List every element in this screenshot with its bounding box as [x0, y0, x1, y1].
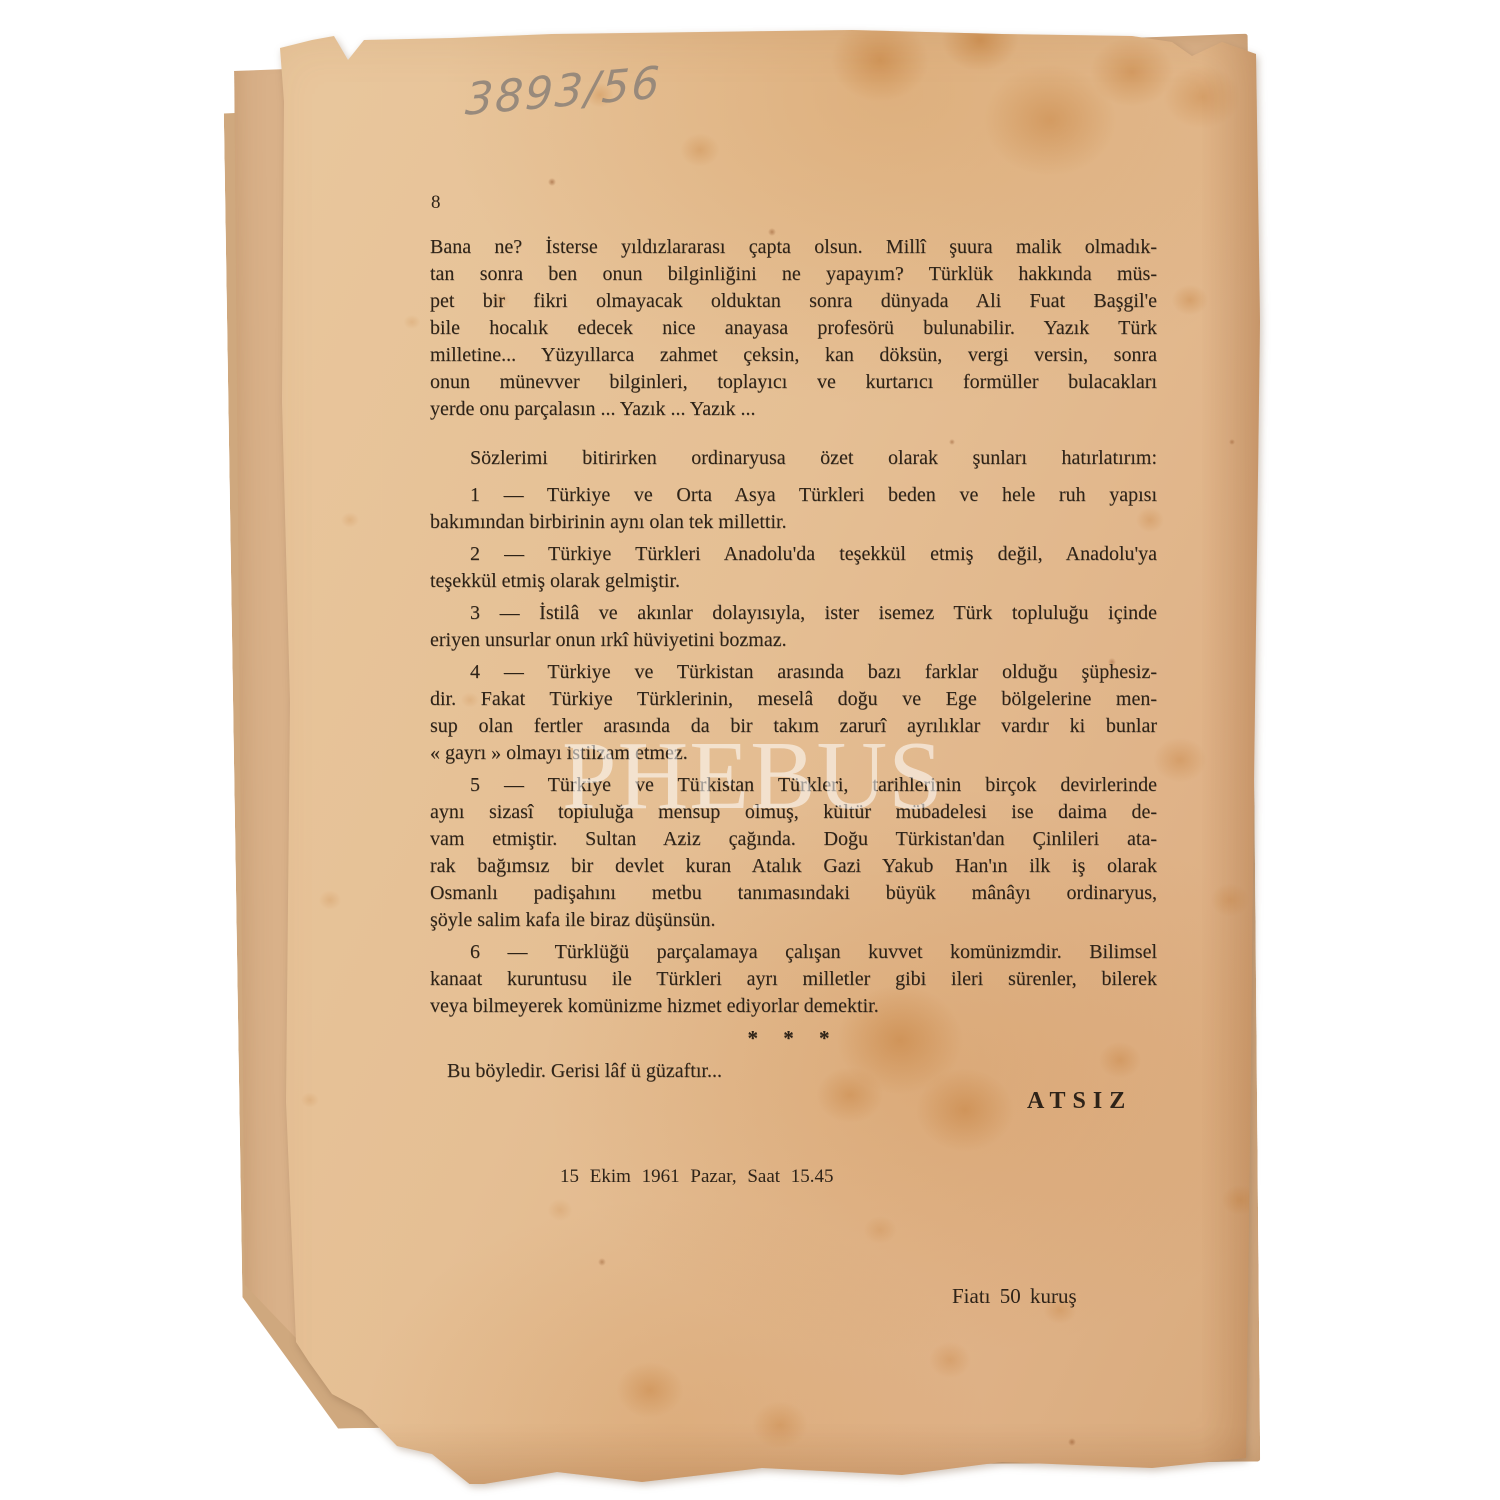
- text-line: onun münevver bilginleri, toplayıcı ve k…: [430, 369, 1157, 396]
- text-line: pet bir fikri olmayacak olduktan sonra d…: [430, 288, 1157, 315]
- text-line: bile hocalık edecek nice anayasa profesö…: [430, 315, 1157, 342]
- paragraph: 4 — Türkiye ve Türkistan arasında bazı f…: [430, 659, 1157, 767]
- text-line: teşekkül etmiş olarak gelmiştir.: [430, 568, 1157, 595]
- text-line: aynı sizasî topluluğa mensup olmuş, kült…: [430, 799, 1157, 826]
- paragraph: 6 — Türklüğü parçalamaya çalışan kuvvet …: [430, 939, 1157, 1020]
- separator-stars: * * *: [430, 1025, 1157, 1052]
- photo-background: 3893/56 8 Bana ne? İsterse yıldızlararas…: [0, 0, 1500, 1500]
- text-line: eriyen unsurlar onun ırkî hüviyetini boz…: [430, 627, 1157, 654]
- text-line: sup olan fertler arasında da bir takım z…: [430, 713, 1157, 740]
- closing-line: Bu böyledir. Gerisi lâf ü güzaftır...: [430, 1058, 1157, 1085]
- text-line: milletine... Yüzyıllarca zahmet çeksin, …: [430, 342, 1157, 369]
- text-line: Sözlerimi bitirirken ordinaryusa özet ol…: [430, 445, 1157, 472]
- text-line: 1 — Türkiye ve Orta Asya Türkleri beden …: [430, 482, 1157, 509]
- text-line: dir. Fakat Türkiye Türklerinin, meselâ d…: [430, 686, 1157, 713]
- text-line: 6 — Türklüğü parçalamaya çalışan kuvvet …: [430, 939, 1157, 966]
- text-line: kanaat kuruntusu ile Türkleri ayrı mille…: [430, 966, 1157, 993]
- text-line: Bana ne? İsterse yıldızlararası çapta ol…: [430, 234, 1157, 261]
- date-line: 15 Ekim 1961 Pazar, Saat 15.45: [560, 1166, 834, 1188]
- text-line: veya bilmeyerek komünizme hizmet ediyorl…: [430, 993, 1157, 1020]
- text-line: tan sonra ben onun bilginliğini ne yapay…: [430, 261, 1157, 288]
- paragraphs-container: Bana ne? İsterse yıldızlararası çapta ol…: [430, 234, 1157, 1020]
- body-text: Bana ne? İsterse yıldızlararası çapta ol…: [430, 234, 1157, 1085]
- text-line: rak bağımsız bir devlet kuran Atalık Gaz…: [430, 853, 1157, 880]
- text-line: 5 — Türkiye ve Türkistan Türkleri, tarih…: [430, 772, 1157, 799]
- paragraph: 2 — Türkiye Türkleri Anadolu'da teşekkül…: [430, 541, 1157, 595]
- document-page: 3893/56 8 Bana ne? İsterse yıldızlararas…: [252, 22, 1262, 1484]
- signature: ATSIZ: [1027, 1088, 1132, 1115]
- page-number: 8: [431, 192, 441, 214]
- paragraph: Bana ne? İsterse yıldızlararası çapta ol…: [430, 234, 1157, 423]
- text-line: 2 — Türkiye Türkleri Anadolu'da teşekkül…: [430, 541, 1157, 568]
- text-line: yerde onu parçalasın ... Yazık ... Yazık…: [430, 396, 1157, 423]
- document-page-wrap: 3893/56 8 Bana ne? İsterse yıldızlararas…: [0, 0, 1500, 1500]
- text-line: şöyle salim kafa ile biraz düşünsün.: [430, 907, 1157, 934]
- text-line: 3 — İstilâ ve akınlar dolayısıyla, ister…: [430, 600, 1157, 627]
- text-line: Osmanlı padişahını metbu tanımasındaki b…: [430, 880, 1157, 907]
- paragraph: 1 — Türkiye ve Orta Asya Türkleri beden …: [430, 482, 1157, 536]
- text-line: « gayrı » olmayı istilzam etmez.: [430, 740, 1157, 767]
- paragraph: Sözlerimi bitirirken ordinaryusa özet ol…: [430, 445, 1157, 472]
- price-line: Fiatı 50 kuruş: [952, 1284, 1077, 1309]
- text-line: 4 — Türkiye ve Türkistan arasında bazı f…: [430, 659, 1157, 686]
- paragraph: 3 — İstilâ ve akınlar dolayısıyla, ister…: [430, 600, 1157, 654]
- handwritten-annotation: 3893/56: [464, 57, 663, 126]
- text-line: vam etmiştir. Sultan Aziz çağında. Doğu …: [430, 826, 1157, 853]
- text-line: bakımından birbirinin aynı olan tek mill…: [430, 509, 1157, 536]
- paragraph: 5 — Türkiye ve Türkistan Türkleri, tarih…: [430, 772, 1157, 934]
